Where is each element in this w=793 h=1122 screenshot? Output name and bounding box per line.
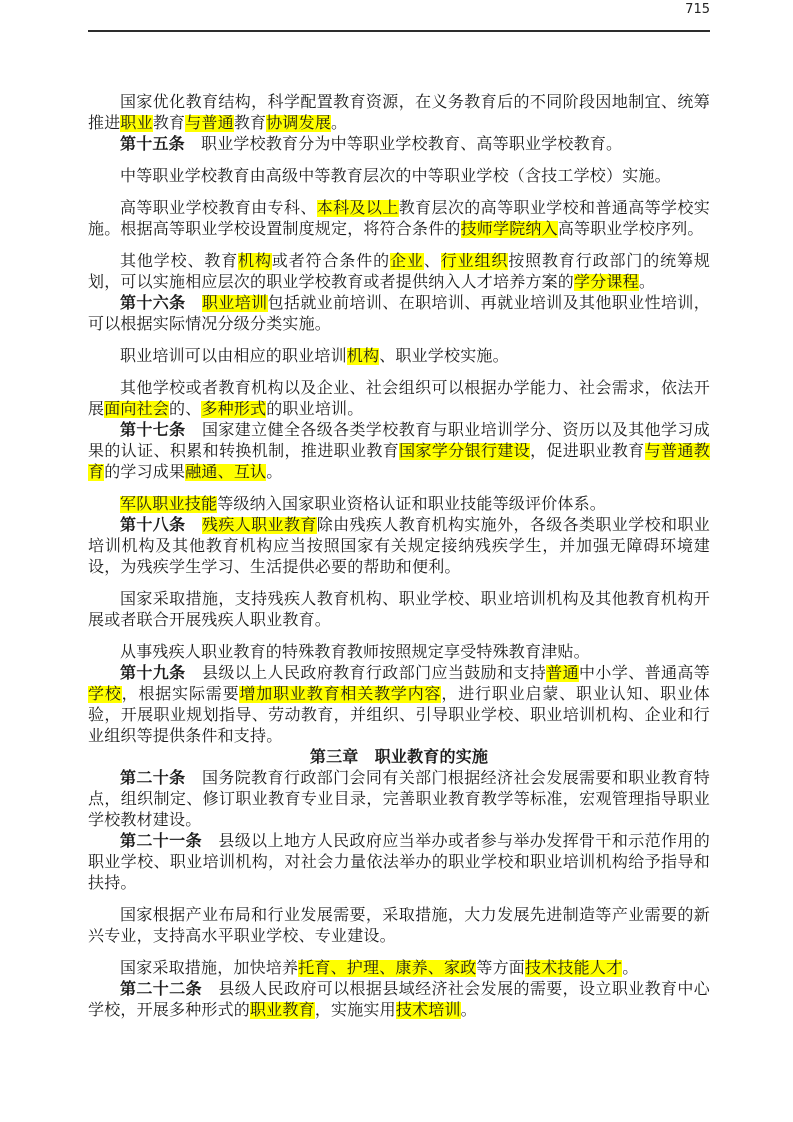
text-run: 职业培训可以由相应的职业培训 <box>120 348 347 365</box>
highlighted-text: 机构 <box>347 348 379 365</box>
text-run: 从事残疾人职业教育的特殊教育教师按照规定享受特殊教育津贴。 <box>120 644 590 661</box>
highlighted-text: 面向社会 <box>104 401 169 418</box>
article-number: 第十九条 <box>120 665 186 682</box>
paragraph: 第十五条 职业学校教育分为中等职业学校教育、高等职业学校教育。 <box>88 134 710 155</box>
text-run: 。 <box>266 464 282 481</box>
highlighted-text: 融通、互认 <box>185 464 266 481</box>
text-run: 、职业学校实施。 <box>379 348 509 365</box>
text-run: 高等职业学校教育由专科、 <box>120 200 317 217</box>
article-number: 第二十二条 <box>120 981 202 998</box>
paragraph: 从事残疾人职业教育的特殊教育教师按照规定享受特殊教育津贴。 <box>88 642 710 663</box>
document-body: 国家优化教育结构，科学配置教育资源，在义务教育后的不同阶段因地制宜、统筹推进职业… <box>88 92 710 1021</box>
paragraph: 军队职业技能等级纳入国家职业资格认证和职业技能等级评价体系。 <box>88 494 710 515</box>
highlighted-text: 技师学院纳入 <box>461 221 558 238</box>
text-run: 中等职业学校教育由高级中等教育层次的中等职业学校（含技工学校）实施。 <box>120 168 671 185</box>
paragraph: 第十七条 国家建立健全各级各类学校教育与职业培训学分、资历以及其他学习成果的认证… <box>88 420 710 483</box>
text-run: 等方面 <box>476 960 525 977</box>
text-run <box>186 295 202 312</box>
paragraph: 国家优化教育结构，科学配置教育资源，在义务教育后的不同阶段因地制宜、统筹推进职业… <box>88 92 710 134</box>
text-run: 县级以上人民政府教育行政部门应当鼓励和支持 <box>186 665 547 682</box>
article-number: 第十六条 <box>120 295 186 312</box>
paragraph: 第二十一条 县级以上地方人民政府应当举办或者参与举办发挥骨干和示范作用的职业学校… <box>88 831 710 894</box>
highlighted-text: 学校 <box>88 686 122 703</box>
paragraph: 中等职业学校教育由高级中等教育层次的中等职业学校（含技工学校）实施。 <box>88 166 710 187</box>
text-run: 的职业培训。 <box>266 401 363 418</box>
text-run <box>186 517 202 534</box>
text-run: 。 <box>331 115 347 132</box>
text-run: 教育 <box>153 115 185 132</box>
highlighted-text: 与普通 <box>185 115 234 132</box>
highlighted-text: 托育、护理、康养、家政 <box>298 960 476 977</box>
highlighted-text: 职业 <box>120 115 152 132</box>
highlighted-text: 机构 <box>238 253 272 270</box>
highlighted-text: 残疾人职业教育 <box>202 517 317 534</box>
paragraph: 第二十二条 县级人民政府可以根据县域经济社会发展的需要，设立职业教育中心学校，开… <box>88 979 710 1021</box>
paragraph: 第十九条 县级以上人民政府教育行政部门应当鼓励和支持普通中小学、普通高等学校，根… <box>88 663 710 747</box>
article-number: 第三章 职业教育的实施 <box>310 749 488 766</box>
highlighted-text: 国家学分银行建设 <box>399 443 530 460</box>
highlighted-text: 行业组织 <box>441 253 509 270</box>
highlighted-text: 技术培训 <box>396 1002 461 1019</box>
text-run: 国家根据产业布局和行业发展需要，采取措施，大力发展先进制造等产业需要的新兴专业，… <box>88 907 710 945</box>
highlighted-text: 学分课程 <box>574 274 639 291</box>
highlighted-text: 技术技能人才 <box>525 960 622 977</box>
text-run: 或者符合条件的 <box>272 253 390 270</box>
text-run: 。 <box>622 960 638 977</box>
text-run: 国家采取措施，支持残疾人教育机构、职业学校、职业培训机构及其他教育机构开展或者联… <box>88 591 710 629</box>
page-number: 715 <box>685 2 710 17</box>
paragraph: 第二十条 国务院教育行政部门会同有关部门根据经济社会发展需要和职业教育特点，组织… <box>88 768 710 831</box>
paragraph: 国家采取措施，支持残疾人教育机构、职业学校、职业培训机构及其他教育机构开展或者联… <box>88 589 710 631</box>
text-run: ，实施实用 <box>315 1002 396 1019</box>
highlighted-text: 职业教育 <box>250 1002 315 1019</box>
highlighted-text: 职业培训 <box>202 295 268 312</box>
highlighted-text: 普通 <box>546 665 579 682</box>
text-run: 。 <box>639 274 655 291</box>
paragraph: 国家采取措施，加快培养托育、护理、康养、家政等方面技术技能人才。 <box>88 958 710 979</box>
paragraph: 第十六条 职业培训包括就业前培训、在职培训、再就业培训及其他职业性培训，可以根据… <box>88 293 710 335</box>
header-rule <box>88 30 710 32</box>
chapter-heading: 第三章 职业教育的实施 <box>88 747 710 768</box>
article-number: 第十五条 <box>120 136 185 153</box>
text-run: 。 <box>461 1002 477 1019</box>
text-run: 国家采取措施，加快培养 <box>120 960 298 977</box>
highlighted-text: 多种形式 <box>201 401 266 418</box>
article-number: 第二十一条 <box>120 833 202 850</box>
article-number: 第二十条 <box>120 770 186 787</box>
highlighted-text: 企业 <box>390 253 424 270</box>
text-run: 的、 <box>169 401 201 418</box>
article-number: 第十八条 <box>120 517 186 534</box>
text-run: ，促进职业教育 <box>530 443 645 460</box>
paragraph: 高等职业学校教育由专科、本科及以上教育层次的高等职业学校和普通高等学校实施。根据… <box>88 198 710 240</box>
document-page: 715 国家优化教育结构，科学配置教育资源，在义务教育后的不同阶段因地制宜、统筹… <box>0 0 793 1122</box>
paragraph: 第十八条 残疾人职业教育除由残疾人教育机构实施外，各级各类职业学校和职业培训机构… <box>88 515 710 578</box>
paragraph: 国家根据产业布局和行业发展需要，采取措施，大力发展先进制造等产业需要的新兴专业，… <box>88 905 710 947</box>
highlighted-text: 增加职业教育相关教学内容 <box>239 686 441 703</box>
text-run: 教育 <box>234 115 266 132</box>
highlighted-text: 协调发展 <box>266 115 331 132</box>
text-run: ，根据实际需要 <box>122 686 240 703</box>
paragraph: 职业培训可以由相应的职业培训机构、职业学校实施。 <box>88 346 710 367</box>
text-run: 其他学校、教育 <box>120 253 238 270</box>
text-run: 中小学、普通高等 <box>579 665 710 682</box>
text-run: 职业学校教育分为中等职业学校教育、高等职业学校教育。 <box>185 136 622 153</box>
highlighted-text: 本科及以上 <box>317 200 399 217</box>
text-run: 、 <box>424 253 441 270</box>
text-run: 的学习成果 <box>104 464 185 481</box>
text-run: 高等职业学校序列。 <box>558 221 704 238</box>
text-run: 等级纳入国家职业资格认证和职业技能等级评价体系。 <box>217 496 606 513</box>
paragraph: 其他学校或者教育机构以及企业、社会组织可以根据办学能力、社会需求，依法开展面向社… <box>88 378 710 420</box>
highlighted-text: 军队职业技能 <box>120 496 217 513</box>
paragraph: 其他学校、教育机构或者符合条件的企业、行业组织按照教育行政部门的统筹规划，可以实… <box>88 251 710 293</box>
article-number: 第十七条 <box>120 422 186 439</box>
